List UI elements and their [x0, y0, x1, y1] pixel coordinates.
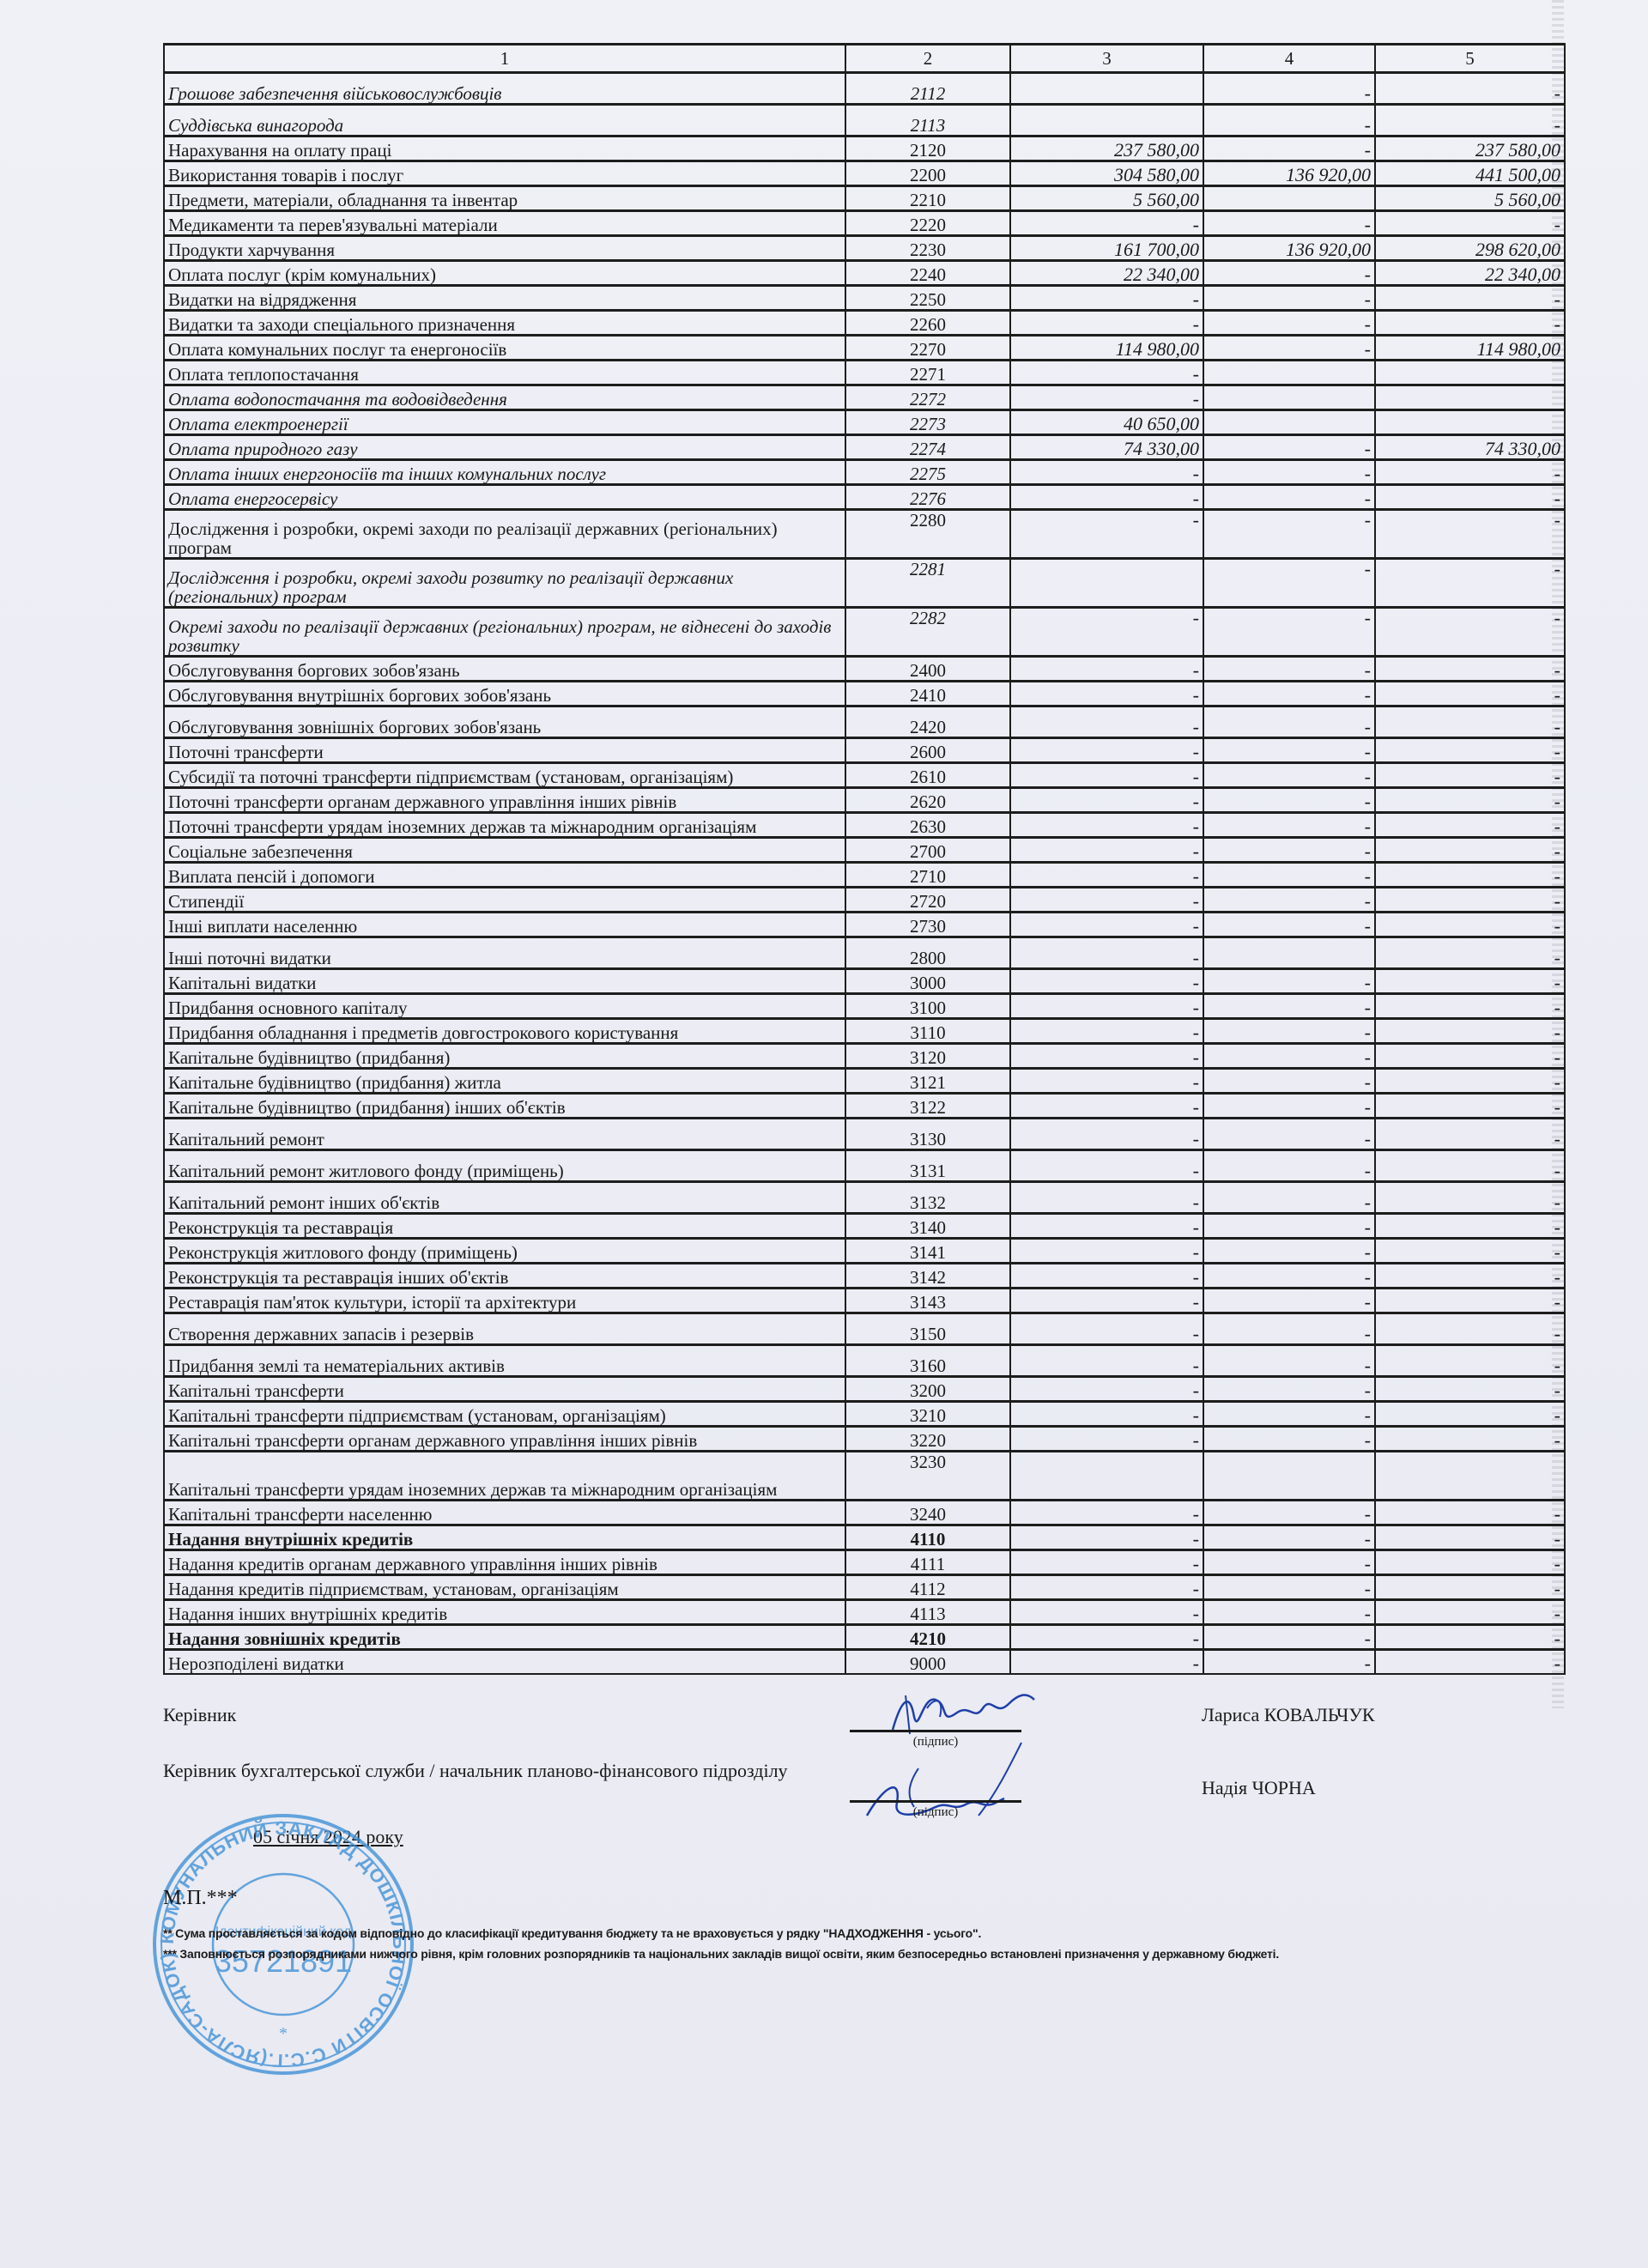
row-name: Капітальний ремонт житлового фонду (прим…	[164, 1150, 845, 1182]
table-row: Капітальний ремонт інших об'єктів3132---	[164, 1182, 1565, 1214]
table-row: Нерозподілені видатки9000---	[164, 1650, 1565, 1675]
row-name: Оплата теплопостачання	[164, 361, 845, 385]
row-value-col5: -	[1375, 763, 1565, 788]
row-value-col3: -	[1010, 706, 1203, 738]
row-code: 2720	[845, 888, 1010, 913]
row-value-col3: 114 980,00	[1010, 336, 1203, 361]
row-value-col3: -	[1010, 485, 1203, 510]
stamp-place-mark: М.П.***	[163, 1887, 238, 1910]
table-row: Поточні трансферти органам державного уп…	[164, 788, 1565, 813]
row-name: Капітальні трансферти населенню	[164, 1501, 845, 1525]
row-value-col5: -	[1375, 1239, 1565, 1264]
table-row: Капітальні трансферти населенню3240---	[164, 1501, 1565, 1525]
table-row: Використання товарів і послуг2200304 580…	[164, 161, 1565, 186]
row-name: Продукти харчування	[164, 236, 845, 261]
row-name: Видатки та заходи спеціального призначен…	[164, 311, 845, 336]
row-value-col3: -	[1010, 937, 1203, 969]
row-value-col5: -	[1375, 863, 1565, 888]
row-value-col3: -	[1010, 1182, 1203, 1214]
row-value-col4	[1203, 361, 1375, 385]
row-value-col3: -	[1010, 385, 1203, 410]
row-value-col4: -	[1203, 286, 1375, 311]
row-code: 3130	[845, 1119, 1010, 1150]
row-code: 4111	[845, 1550, 1010, 1575]
row-value-col5: -	[1375, 1264, 1565, 1289]
row-code: 3230	[845, 1452, 1010, 1501]
row-value-col5: -	[1375, 813, 1565, 838]
row-value-col4: -	[1203, 1150, 1375, 1182]
row-value-col4: -	[1203, 1402, 1375, 1427]
row-code: 2700	[845, 838, 1010, 863]
row-code: 2630	[845, 813, 1010, 838]
table-row: Надання кредитів підприємствам, установа…	[164, 1575, 1565, 1600]
row-value-col4	[1203, 186, 1375, 211]
row-value-col5: -	[1375, 913, 1565, 937]
row-name: Дослідження і розробки, окремі заходи по…	[164, 510, 845, 559]
row-value-col5: -	[1375, 888, 1565, 913]
row-value-col5: -	[1375, 1650, 1565, 1675]
row-code: 3141	[845, 1239, 1010, 1264]
table-row: Субсидії та поточні трансферти підприємс…	[164, 763, 1565, 788]
table-row: Оплата теплопостачання2271-	[164, 361, 1565, 385]
row-name: Капітальне будівництво (придбання) інших…	[164, 1094, 845, 1119]
head-label: Керівник	[163, 1704, 236, 1726]
row-code: 3110	[845, 1019, 1010, 1044]
row-value-col5: -	[1375, 286, 1565, 311]
row-name: Поточні трансферти	[164, 738, 845, 763]
row-value-col5: -	[1375, 706, 1565, 738]
row-code: 4210	[845, 1625, 1010, 1650]
row-value-col3: 304 580,00	[1010, 161, 1203, 186]
row-value-col5: -	[1375, 1150, 1565, 1182]
row-name: Оплата інших енергоносіїв та інших комун…	[164, 460, 845, 485]
row-value-col3: -	[1010, 1119, 1203, 1150]
footnote-lower-level: *** Заповнюється розпорядниками нижчого …	[163, 1947, 1279, 1961]
row-value-col5: -	[1375, 73, 1565, 105]
row-value-col4: -	[1203, 706, 1375, 738]
column-header-3: 3	[1010, 45, 1203, 73]
row-value-col3: -	[1010, 913, 1203, 937]
row-value-col5	[1375, 1452, 1565, 1501]
row-value-col3: -	[1010, 813, 1203, 838]
row-value-col4: -	[1203, 1289, 1375, 1313]
row-code: 2710	[845, 863, 1010, 888]
row-name: Нарахування на оплату праці	[164, 136, 845, 161]
row-value-col3: -	[1010, 1525, 1203, 1550]
row-value-col4: -	[1203, 813, 1375, 838]
row-value-col3: -	[1010, 1289, 1203, 1313]
row-code: 2200	[845, 161, 1010, 186]
row-value-col4: -	[1203, 485, 1375, 510]
row-value-col5: -	[1375, 311, 1565, 336]
svg-text:*: *	[279, 2024, 288, 2043]
row-value-col4: -	[1203, 1625, 1375, 1650]
row-value-col4: -	[1203, 1239, 1375, 1264]
row-value-col4: -	[1203, 1550, 1375, 1575]
row-value-col4: -	[1203, 1427, 1375, 1452]
row-value-col5: -	[1375, 1313, 1565, 1345]
row-name: Оплата комунальних послуг та енергоносії…	[164, 336, 845, 361]
row-value-col3: -	[1010, 788, 1203, 813]
row-code: 2112	[845, 73, 1010, 105]
table-row: Продукти харчування2230161 700,00136 920…	[164, 236, 1565, 261]
table-row: Реставрація пам'яток культури, історії т…	[164, 1289, 1565, 1313]
row-name: Видатки на відрядження	[164, 286, 845, 311]
table-row: Оплата комунальних послуг та енергоносії…	[164, 336, 1565, 361]
row-value-col3: -	[1010, 1094, 1203, 1119]
row-value-col3	[1010, 1452, 1203, 1501]
table-row: Дослідження і розробки, окремі заходи по…	[164, 510, 1565, 559]
table-row: Оплата енергосервісу2276---	[164, 485, 1565, 510]
table-row: Інші виплати населенню2730---	[164, 913, 1565, 937]
row-name: Придбання обладнання і предметів довгост…	[164, 1019, 845, 1044]
row-name: Реставрація пам'яток культури, історії т…	[164, 1289, 845, 1313]
row-value-col4: -	[1203, 994, 1375, 1019]
row-code: 9000	[845, 1650, 1010, 1675]
row-code: 3100	[845, 994, 1010, 1019]
row-value-col4: -	[1203, 336, 1375, 361]
row-value-col5: -	[1375, 994, 1565, 1019]
row-value-col5: -	[1375, 105, 1565, 136]
row-value-col4: -	[1203, 1044, 1375, 1069]
row-value-col4: -	[1203, 1119, 1375, 1150]
row-code: 3132	[845, 1182, 1010, 1214]
row-value-col3: -	[1010, 510, 1203, 559]
row-value-col3: -	[1010, 1150, 1203, 1182]
row-value-col4: -	[1203, 1019, 1375, 1044]
row-code: 2220	[845, 211, 1010, 236]
row-name: Дослідження і розробки, окремі заходи ро…	[164, 559, 845, 608]
table-row: Нарахування на оплату праці2120237 580,0…	[164, 136, 1565, 161]
table-row: Придбання землі та нематеріальних активі…	[164, 1345, 1565, 1377]
row-value-col4	[1203, 385, 1375, 410]
row-value-col3: -	[1010, 1600, 1203, 1625]
row-value-col5: -	[1375, 485, 1565, 510]
table-row: Інші поточні видатки2800--	[164, 937, 1565, 969]
row-value-col5	[1375, 385, 1565, 410]
row-value-col4: -	[1203, 1501, 1375, 1525]
row-name: Соціальне забезпечення	[164, 838, 845, 863]
row-value-col5: -	[1375, 937, 1565, 969]
row-value-col5: -	[1375, 1345, 1565, 1377]
row-value-col5: 298 620,00	[1375, 236, 1565, 261]
row-code: 2730	[845, 913, 1010, 937]
row-name: Оплата природного газу	[164, 435, 845, 460]
row-value-col5: -	[1375, 682, 1565, 706]
row-name: Надання зовнішніх кредитів	[164, 1625, 845, 1650]
row-value-col5: -	[1375, 1182, 1565, 1214]
row-name: Оплата водопостачання та водовідведення	[164, 385, 845, 410]
row-value-col5: -	[1375, 1525, 1565, 1550]
accountant-name: Надія ЧОРНА	[1202, 1777, 1316, 1799]
row-value-col4: -	[1203, 261, 1375, 286]
row-code: 2282	[845, 608, 1010, 657]
row-value-col3: -	[1010, 1214, 1203, 1239]
row-name: Капітальні трансферти урядам іноземних д…	[164, 1452, 845, 1501]
row-name: Створення державних запасів і резервів	[164, 1313, 845, 1345]
row-name: Придбання основного капіталу	[164, 994, 845, 1019]
row-code: 2271	[845, 361, 1010, 385]
row-value-col3: 5 560,00	[1010, 186, 1203, 211]
table-row: Реконструкція житлового фонду (приміщень…	[164, 1239, 1565, 1264]
row-value-col3: -	[1010, 1501, 1203, 1525]
row-name: Виплата пенсій і допомоги	[164, 863, 845, 888]
row-value-col5: -	[1375, 608, 1565, 657]
row-code: 3122	[845, 1094, 1010, 1119]
row-code: 2210	[845, 186, 1010, 211]
row-value-col4: -	[1203, 1525, 1375, 1550]
row-value-col4: -	[1203, 838, 1375, 863]
row-name: Капітальні трансферти	[164, 1377, 845, 1402]
row-code: 2230	[845, 236, 1010, 261]
row-value-col3: -	[1010, 682, 1203, 706]
row-name: Капітальні трансферти підприємствам (уст…	[164, 1402, 845, 1427]
row-value-col5: -	[1375, 969, 1565, 994]
row-value-col4: -	[1203, 969, 1375, 994]
row-code: 2280	[845, 510, 1010, 559]
row-value-col3: -	[1010, 863, 1203, 888]
row-value-col5: -	[1375, 1019, 1565, 1044]
row-code: 3131	[845, 1150, 1010, 1182]
row-name: Використання товарів і послуг	[164, 161, 845, 186]
row-value-col4: -	[1203, 1094, 1375, 1119]
row-value-col3	[1010, 105, 1203, 136]
row-code: 2270	[845, 336, 1010, 361]
row-value-col3: -	[1010, 1625, 1203, 1650]
row-value-col3: -	[1010, 211, 1203, 236]
row-code: 2281	[845, 559, 1010, 608]
row-name: Грошове забезпечення військовослужбовців	[164, 73, 845, 105]
row-name: Субсидії та поточні трансферти підприємс…	[164, 763, 845, 788]
row-name: Суддівська винагорода	[164, 105, 845, 136]
row-value-col3: -	[1010, 1345, 1203, 1377]
footnote-credit: ** Сума проставляється за кодом відповід…	[163, 1926, 981, 1940]
table-row: Оплата послуг (крім комунальних)224022 3…	[164, 261, 1565, 286]
row-code: 4113	[845, 1600, 1010, 1625]
row-name: Придбання землі та нематеріальних активі…	[164, 1345, 845, 1377]
row-value-col3: 74 330,00	[1010, 435, 1203, 460]
row-code: 3200	[845, 1377, 1010, 1402]
row-value-col5: 441 500,00	[1375, 161, 1565, 186]
row-name: Капітальні видатки	[164, 969, 845, 994]
table-row: Грошове забезпечення військовослужбовців…	[164, 73, 1565, 105]
row-name: Стипендії	[164, 888, 845, 913]
table-row: Придбання основного капіталу3100---	[164, 994, 1565, 1019]
column-header-2: 2	[845, 45, 1010, 73]
row-value-col3	[1010, 559, 1203, 608]
table-row: Створення державних запасів і резервів31…	[164, 1313, 1565, 1345]
table-row: Надання інших внутрішніх кредитів4113---	[164, 1600, 1565, 1625]
row-name: Надання кредитів органам державного упра…	[164, 1550, 845, 1575]
column-number-row: 1 2 3 4 5	[164, 45, 1565, 73]
head-name: Лариса КОВАЛЬЧУК	[1202, 1704, 1375, 1726]
table-row: Капітальні трансферти урядам іноземних д…	[164, 1452, 1565, 1501]
table-row: Видатки на відрядження2250---	[164, 286, 1565, 311]
row-value-col3: -	[1010, 657, 1203, 682]
row-name: Реконструкція та реставрація	[164, 1214, 845, 1239]
row-value-col5: -	[1375, 657, 1565, 682]
row-name: Капітальний ремонт	[164, 1119, 845, 1150]
table-row: Оплата інших енергоносіїв та інших комун…	[164, 460, 1565, 485]
row-name: Капітальний ремонт інших об'єктів	[164, 1182, 845, 1214]
table-row: Обслуговування внутрішніх боргових зобов…	[164, 682, 1565, 706]
row-value-col5: -	[1375, 510, 1565, 559]
row-value-col4: 136 920,00	[1203, 236, 1375, 261]
table-row: Оплата природного газу227474 330,00-74 3…	[164, 435, 1565, 460]
table-row: Надання внутрішніх кредитів4110---	[164, 1525, 1565, 1550]
row-value-col3: 161 700,00	[1010, 236, 1203, 261]
row-value-col5: -	[1375, 559, 1565, 608]
row-value-col4: -	[1203, 460, 1375, 485]
table-row: Видатки та заходи спеціального призначен…	[164, 311, 1565, 336]
row-value-col3: -	[1010, 311, 1203, 336]
row-value-col4	[1203, 1452, 1375, 1501]
row-value-col3: -	[1010, 286, 1203, 311]
row-value-col5: -	[1375, 1600, 1565, 1625]
row-value-col4: -	[1203, 863, 1375, 888]
row-code: 2800	[845, 937, 1010, 969]
row-value-col3: -	[1010, 1239, 1203, 1264]
table-row: Виплата пенсій і допомоги2710---	[164, 863, 1565, 888]
table-row: Капітальні видатки3000---	[164, 969, 1565, 994]
row-code: 2420	[845, 706, 1010, 738]
row-value-col4: -	[1203, 1575, 1375, 1600]
row-value-col4: -	[1203, 738, 1375, 763]
row-code: 3143	[845, 1289, 1010, 1313]
head-signature-line	[850, 1730, 1021, 1732]
table-row: Надання кредитів органам державного упра…	[164, 1550, 1565, 1575]
row-value-col5: -	[1375, 1625, 1565, 1650]
row-code: 4110	[845, 1525, 1010, 1550]
row-value-col3: -	[1010, 361, 1203, 385]
row-name: Капітальне будівництво (придбання) житла	[164, 1069, 845, 1094]
table-row: Соціальне забезпечення2700---	[164, 838, 1565, 863]
row-value-col3: -	[1010, 608, 1203, 657]
row-value-col5: -	[1375, 1214, 1565, 1239]
row-value-col5: -	[1375, 1119, 1565, 1150]
table-row: Поточні трансферти2600---	[164, 738, 1565, 763]
row-value-col3: -	[1010, 738, 1203, 763]
row-name: Надання внутрішніх кредитів	[164, 1525, 845, 1550]
table-row: Реконструкція та реставрація інших об'єк…	[164, 1264, 1565, 1289]
row-code: 2260	[845, 311, 1010, 336]
row-code: 2272	[845, 385, 1010, 410]
row-code: 4112	[845, 1575, 1010, 1600]
row-value-col4	[1203, 410, 1375, 435]
row-value-col5: -	[1375, 1402, 1565, 1427]
row-name: Обслуговування боргових зобов'язань	[164, 657, 845, 682]
row-value-col5: -	[1375, 211, 1565, 236]
row-value-col4: -	[1203, 608, 1375, 657]
table-row: Реконструкція та реставрація3140---	[164, 1214, 1565, 1239]
row-code: 2240	[845, 261, 1010, 286]
row-value-col5: -	[1375, 788, 1565, 813]
row-value-col4: -	[1203, 913, 1375, 937]
row-value-col4: -	[1203, 211, 1375, 236]
row-value-col5: -	[1375, 1289, 1565, 1313]
row-code: 3120	[845, 1044, 1010, 1069]
row-code: 2610	[845, 763, 1010, 788]
row-value-col5	[1375, 410, 1565, 435]
row-value-col5: -	[1375, 1377, 1565, 1402]
row-name: Обслуговування внутрішніх боргових зобов…	[164, 682, 845, 706]
row-name: Інші виплати населенню	[164, 913, 845, 937]
row-value-col4: -	[1203, 1345, 1375, 1377]
row-value-col4: -	[1203, 1650, 1375, 1675]
table-row: Окремі заходи по реалізації державних (р…	[164, 608, 1565, 657]
row-name: Оплата енергосервісу	[164, 485, 845, 510]
accountant-signature-line	[850, 1800, 1021, 1803]
table-row: Капітальний ремонт житлового фонду (прим…	[164, 1150, 1565, 1182]
row-value-col5: -	[1375, 1427, 1565, 1452]
row-value-col3: -	[1010, 1550, 1203, 1575]
row-name: Оплата електроенергії	[164, 410, 845, 435]
row-code: 2274	[845, 435, 1010, 460]
row-code: 2600	[845, 738, 1010, 763]
row-value-col4: -	[1203, 888, 1375, 913]
row-value-col3: -	[1010, 1019, 1203, 1044]
accountant-label: Керівник бухгалтерської служби / начальн…	[163, 1754, 815, 1788]
row-value-col5: 22 340,00	[1375, 261, 1565, 286]
row-value-col5: -	[1375, 1550, 1565, 1575]
row-code: 3240	[845, 1501, 1010, 1525]
row-code: 2620	[845, 788, 1010, 813]
row-value-col3: -	[1010, 1575, 1203, 1600]
row-value-col3: 237 580,00	[1010, 136, 1203, 161]
row-value-col3: -	[1010, 1402, 1203, 1427]
row-name: Обслуговування зовнішніх боргових зобов'…	[164, 706, 845, 738]
row-name: Реконструкція житлового фонду (приміщень…	[164, 1239, 845, 1264]
row-code: 2275	[845, 460, 1010, 485]
row-value-col5: -	[1375, 1501, 1565, 1525]
table-row: Надання зовнішніх кредитів4210---	[164, 1625, 1565, 1650]
row-value-col3: -	[1010, 1427, 1203, 1452]
row-value-col5: 237 580,00	[1375, 136, 1565, 161]
row-value-col4: -	[1203, 1069, 1375, 1094]
row-value-col5: -	[1375, 738, 1565, 763]
row-value-col5: -	[1375, 1094, 1565, 1119]
row-code: 2410	[845, 682, 1010, 706]
table-row: Капітальне будівництво (придбання) житла…	[164, 1069, 1565, 1094]
row-value-col5: -	[1375, 1044, 1565, 1069]
row-value-col4: -	[1203, 105, 1375, 136]
table-row: Капітальні трансферти підприємствам (уст…	[164, 1402, 1565, 1427]
row-value-col4: -	[1203, 1182, 1375, 1214]
row-value-col3: -	[1010, 888, 1203, 913]
table-row: Стипендії2720---	[164, 888, 1565, 913]
row-name: Капітальні трансферти органам державного…	[164, 1427, 845, 1452]
table-row: Капітальне будівництво (придбання) інших…	[164, 1094, 1565, 1119]
row-value-col4: -	[1203, 788, 1375, 813]
row-code: 3150	[845, 1313, 1010, 1345]
row-name: Окремі заходи по реалізації державних (р…	[164, 608, 845, 657]
row-value-col5: -	[1375, 1069, 1565, 1094]
row-name: Капітальне будівництво (придбання)	[164, 1044, 845, 1069]
row-value-col4: -	[1203, 657, 1375, 682]
row-value-col4: -	[1203, 559, 1375, 608]
row-name: Реконструкція та реставрація інших об'єк…	[164, 1264, 845, 1289]
row-value-col4: -	[1203, 682, 1375, 706]
row-value-col3: -	[1010, 838, 1203, 863]
row-value-col3: -	[1010, 1069, 1203, 1094]
row-name: Медикаменти та перев'язувальні матеріали	[164, 211, 845, 236]
row-value-col3: 22 340,00	[1010, 261, 1203, 286]
row-value-col4: -	[1203, 1214, 1375, 1239]
table-row: Придбання обладнання і предметів довгост…	[164, 1019, 1565, 1044]
row-code: 3210	[845, 1402, 1010, 1427]
row-code: 3140	[845, 1214, 1010, 1239]
row-value-col4: -	[1203, 311, 1375, 336]
